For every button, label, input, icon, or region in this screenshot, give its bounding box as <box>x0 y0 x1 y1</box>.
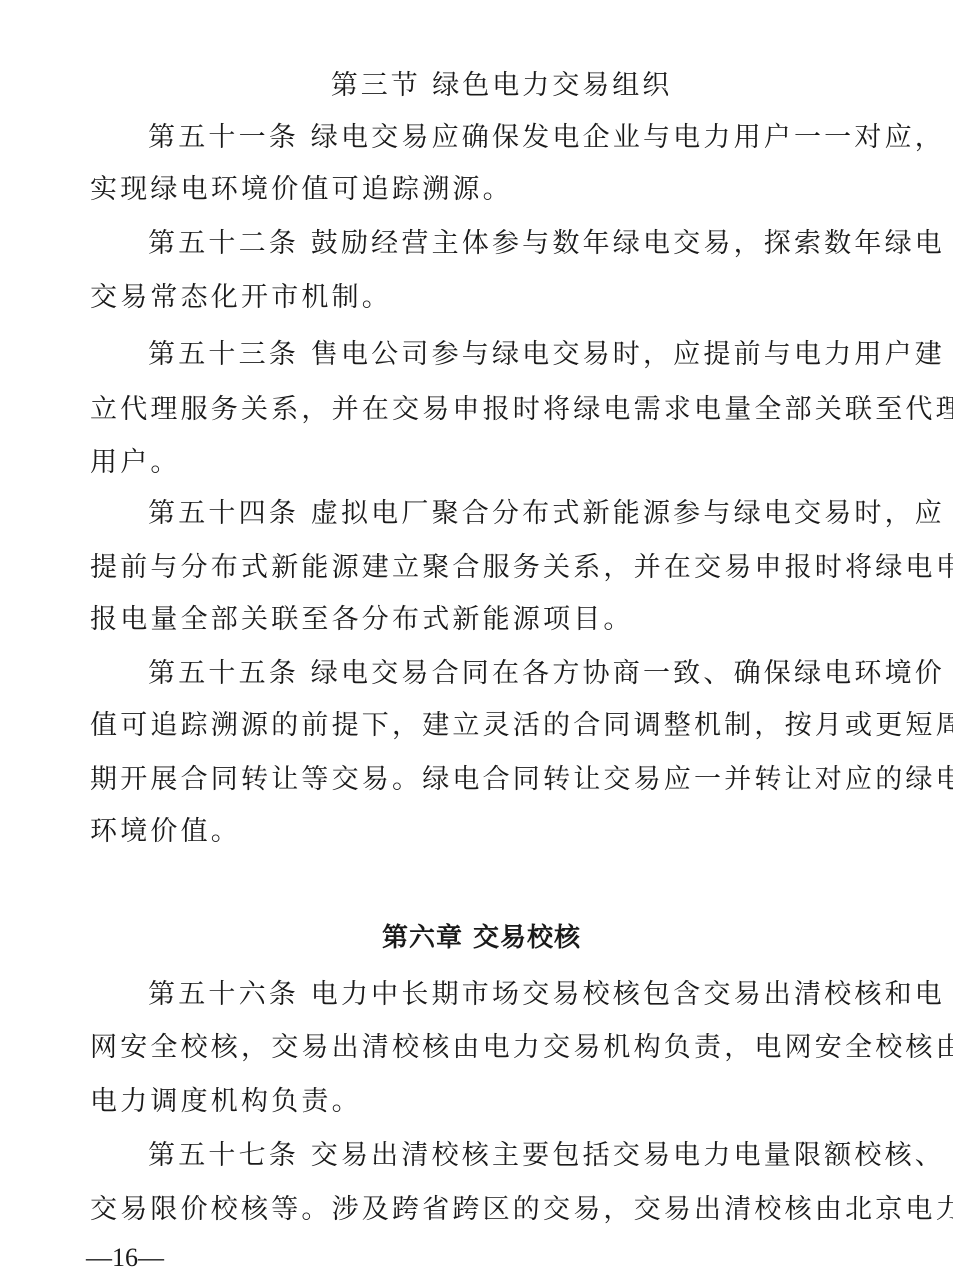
article-line: 第五十六条 电力中长期市场交易校核包含交易出清校核和电 <box>148 975 880 1015</box>
article-line: 值可追踪溯源的前提下，建立灵活的合同调整机制，按月或更短周 <box>90 706 880 746</box>
article-line: 第五十一条 绿电交易应确保发电企业与电力用户一一对应， <box>148 118 880 158</box>
document-page: 第三节 绿色电力交易组织 第五十一条 绿电交易应确保发电企业与电力用户一一对应，… <box>0 0 953 1288</box>
article-line: 提前与分布式新能源建立聚合服务关系，并在交易申报时将绿电申 <box>90 548 880 588</box>
article-line: 交易限价校核等。涉及跨省跨区的交易，交易出清校核由北京电力 <box>90 1190 880 1230</box>
article-line: 实现绿电环境价值可追踪溯源。 <box>90 170 880 210</box>
article-line: 交易常态化开市机制。 <box>90 278 880 318</box>
article-line: 第五十三条 售电公司参与绿电交易时，应提前与电力用户建 <box>148 335 880 375</box>
article-line: 第五十二条 鼓励经营主体参与数年绿电交易，探索数年绿电 <box>148 224 880 264</box>
scan-speck <box>664 88 666 90</box>
article-line: 第五十七条 交易出清校核主要包括交易电力电量限额校核、 <box>148 1136 880 1176</box>
article-line: 网安全校核，交易出清校核由电力交易机构负责，电网安全校核由 <box>90 1028 880 1068</box>
article-line: 期开展合同转让等交易。绿电合同转让交易应一并转让对应的绿电 <box>90 760 880 800</box>
page-number: —16— <box>86 1242 164 1274</box>
article-line: 电力调度机构负责。 <box>90 1082 880 1122</box>
article-line: 报电量全部关联至各分布式新能源项目。 <box>90 600 880 640</box>
article-line: 用户。 <box>90 443 880 483</box>
section-heading: 第三节 绿色电力交易组织 <box>0 66 953 106</box>
article-line: 第五十四条 虚拟电厂聚合分布式新能源参与绿电交易时，应 <box>148 494 880 534</box>
article-line: 第五十五条 绿电交易合同在各方协商一致、确保绿电环境价 <box>148 654 880 694</box>
article-line: 环境价值。 <box>90 812 880 852</box>
chapter-heading: 第六章 交易校核 <box>0 918 953 958</box>
article-line: 立代理服务关系，并在交易申报时将绿电需求电量全部关联至代理 <box>90 390 880 430</box>
